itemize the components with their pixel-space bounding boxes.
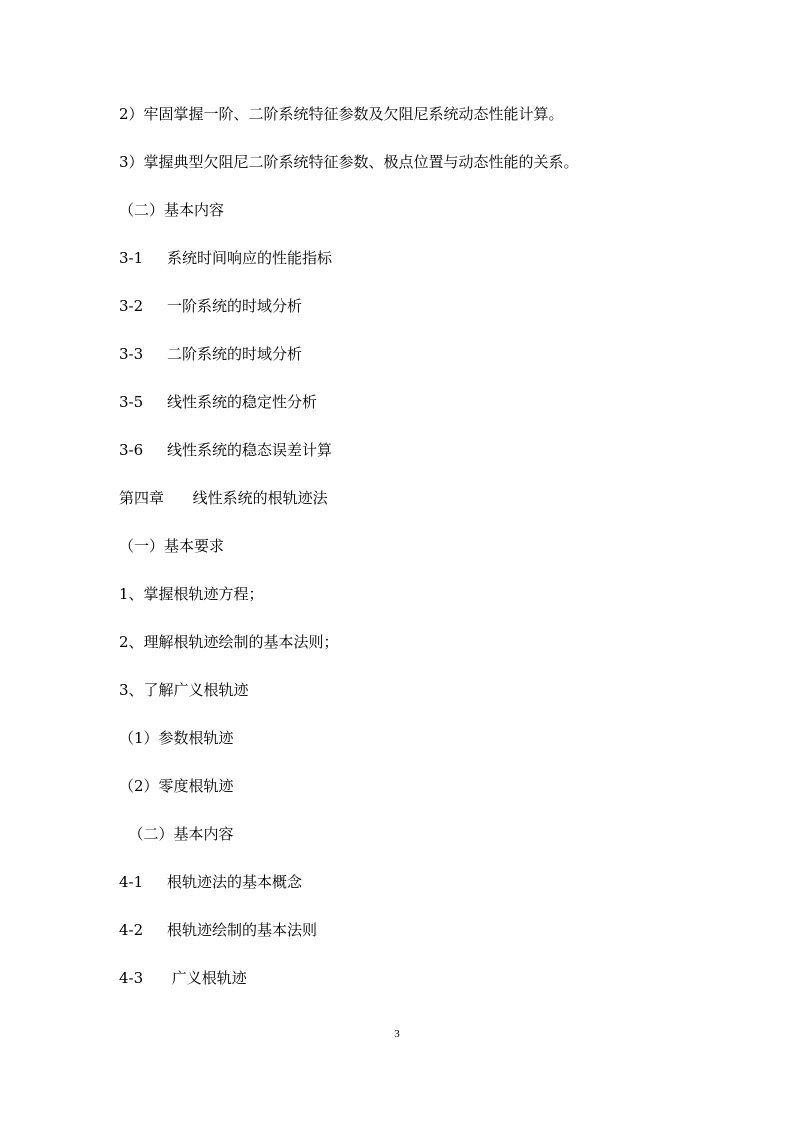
chapter-heading-4: 第四章 线性系统的根轨迹法: [119, 488, 328, 508]
content-item-3-5: 3-5 线性系统的稳定性分析: [119, 392, 317, 412]
content-item-4-1: 4-1 根轨迹法的基本概念: [119, 872, 302, 892]
requirement-item-3: 3、了解广义根轨迹: [119, 680, 249, 700]
content-item-3-2: 3-2 一阶系统的时域分析: [119, 296, 302, 316]
document-page: 2）牢固掌握一阶、二阶系统特征参数及欠阻尼系统动态性能计算。 3）掌握典型欠阻尼…: [0, 0, 794, 1123]
sub-item-parameter-root-locus: （1）参数根轨迹: [119, 728, 234, 748]
page-number: 3: [0, 1028, 794, 1040]
content-item-4-3: 4-3 广义根轨迹: [119, 968, 247, 988]
requirement-item-2: 2、理解根轨迹绘制的基本法则；: [119, 632, 339, 652]
objective-item-2: 2）牢固掌握一阶、二阶系统特征参数及欠阻尼系统动态性能计算。: [119, 104, 564, 124]
objective-item-3: 3）掌握典型欠阻尼二阶系统特征参数、极点位置与动态性能的关系。: [119, 152, 579, 172]
section-heading-basic-content-2: （二）基本内容: [119, 824, 234, 844]
section-heading-basic-content: （二）基本内容: [119, 200, 224, 220]
content-item-4-2: 4-2 根轨迹绘制的基本法则: [119, 920, 317, 940]
content-item-3-6: 3-6 线性系统的稳态误差计算: [119, 440, 332, 460]
content-item-3-1: 3-1 系统时间响应的性能指标: [119, 248, 332, 268]
requirement-item-1: 1、掌握根轨迹方程；: [119, 584, 264, 604]
sub-item-zero-degree-root-locus: （2）零度根轨迹: [119, 776, 234, 796]
section-heading-basic-requirements: （一）基本要求: [119, 536, 224, 556]
content-item-3-3: 3-3 二阶系统的时域分析: [119, 344, 302, 364]
